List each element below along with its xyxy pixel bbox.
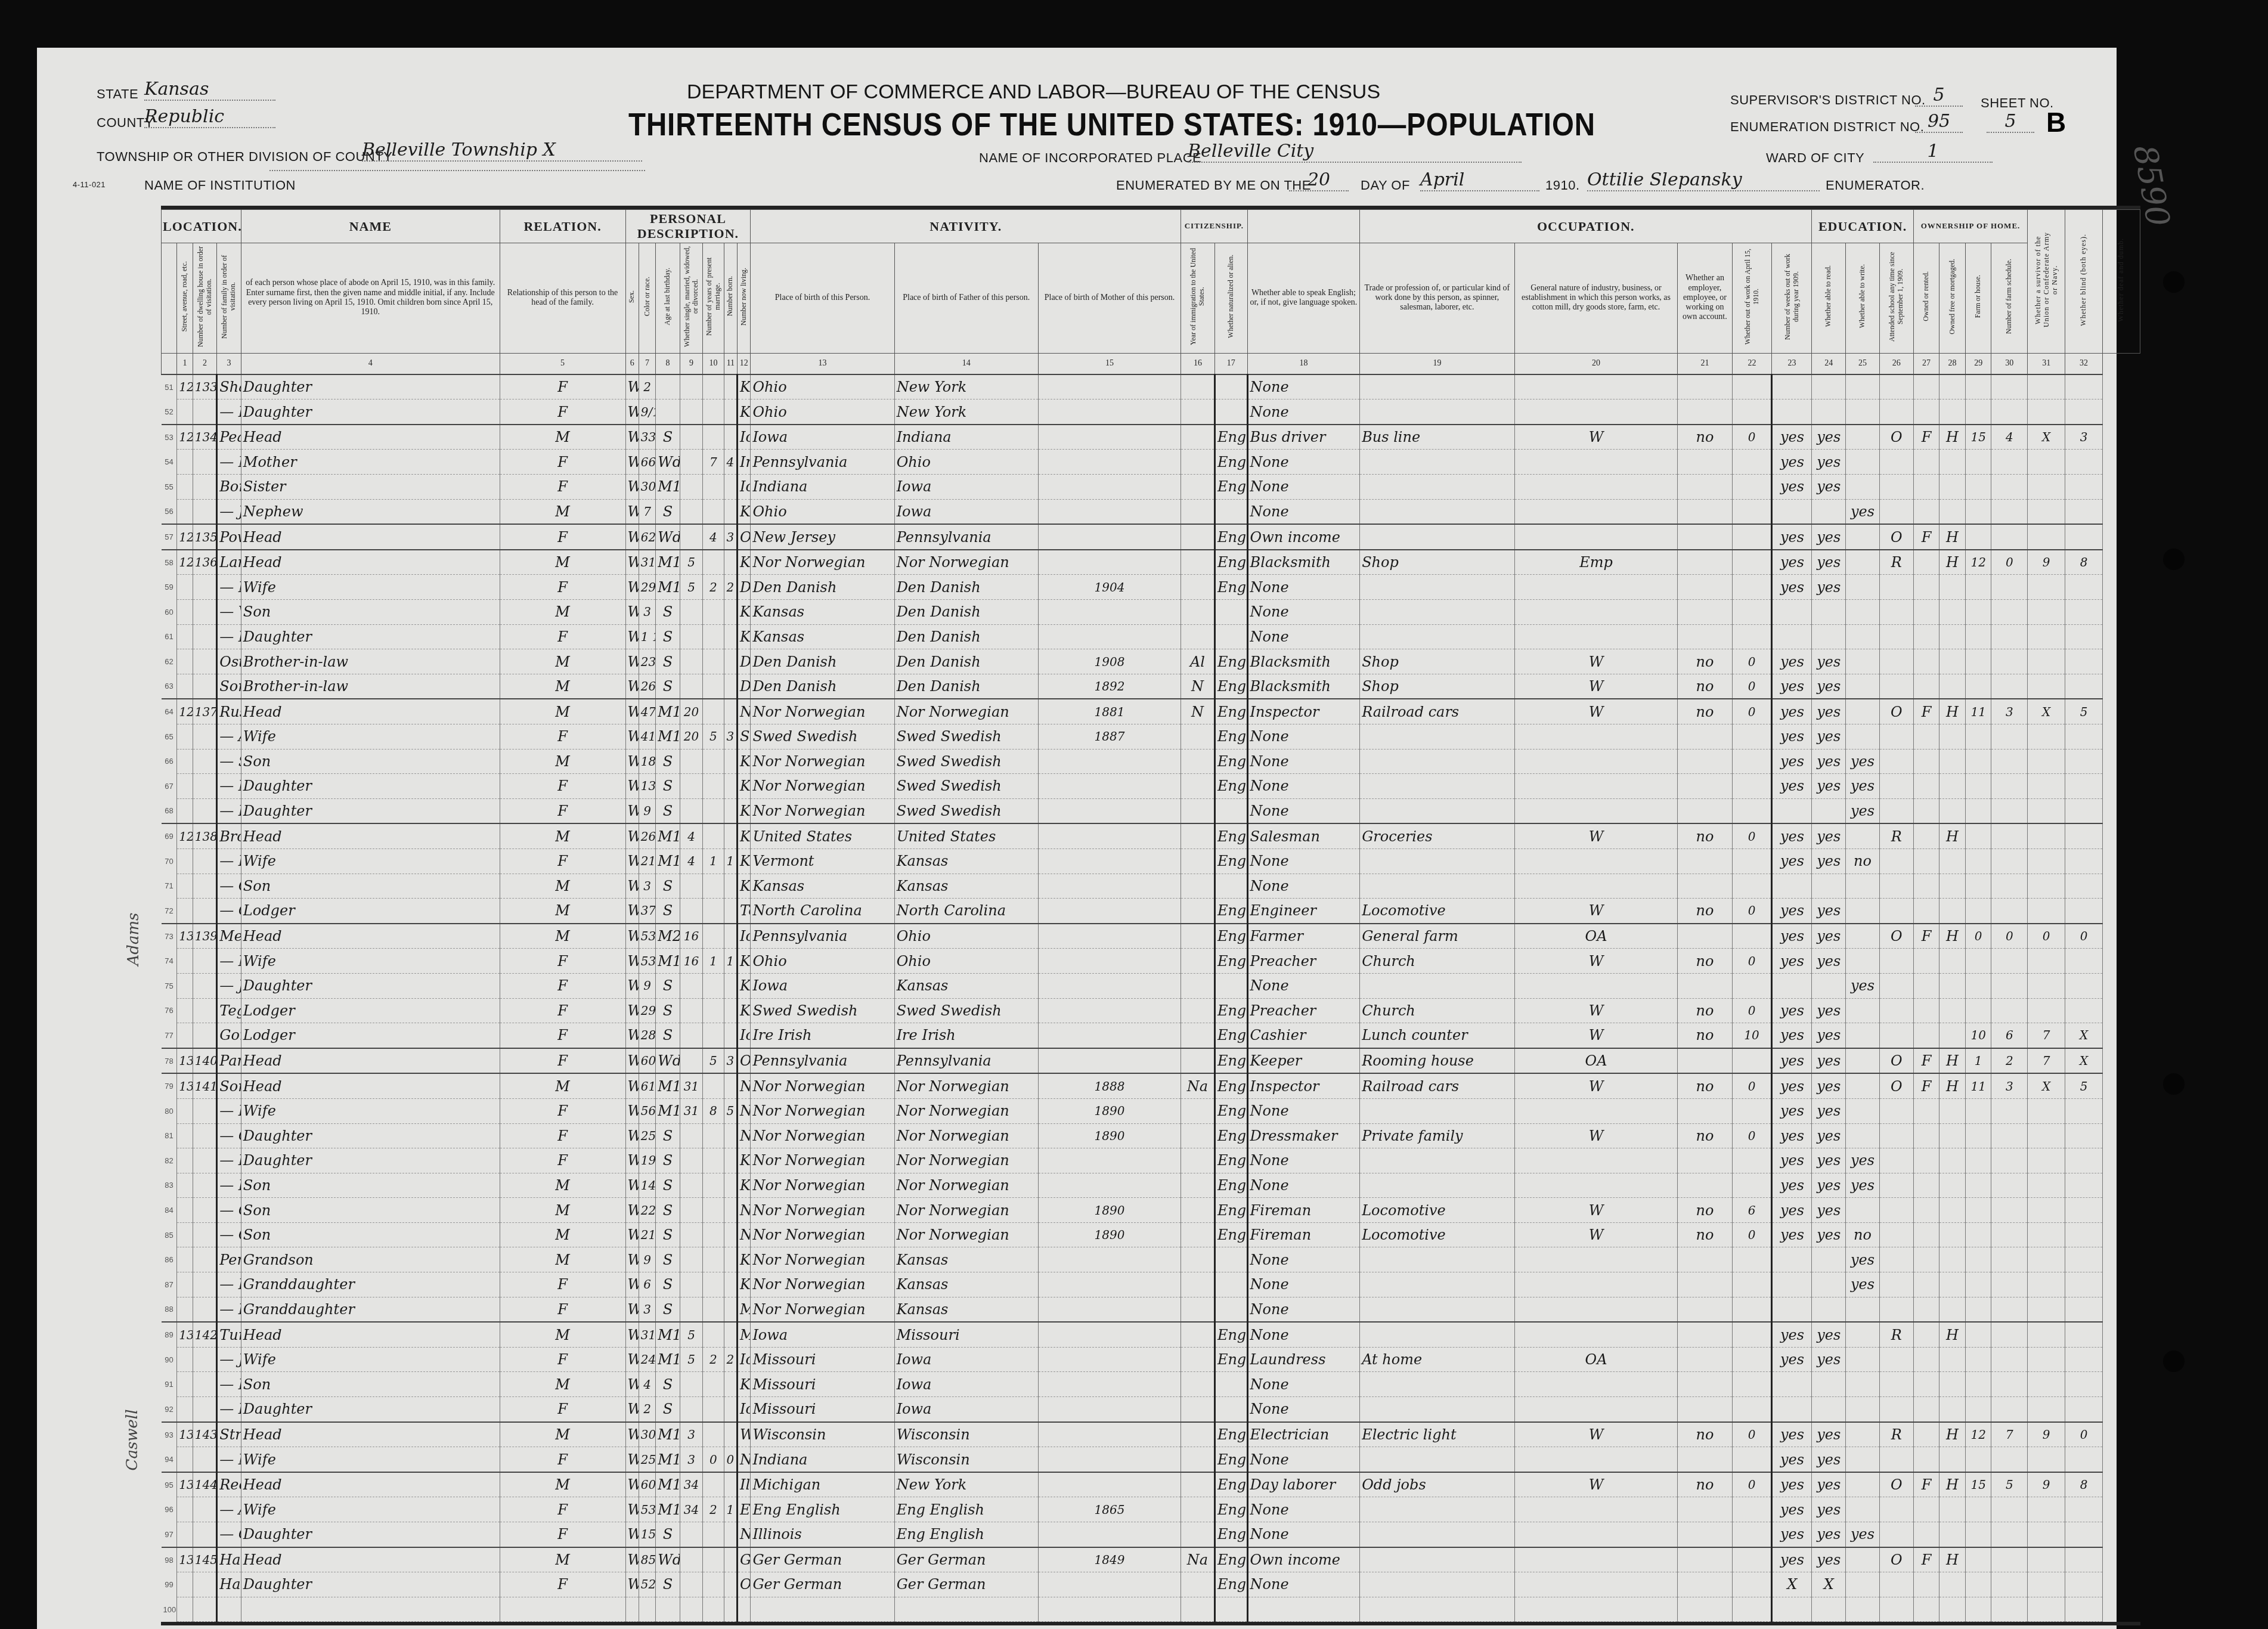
industry xyxy=(1360,1597,1515,1622)
col-year-immigration: Year of immigration to the United States… xyxy=(1181,243,1215,353)
can-write: yes xyxy=(1812,1123,1846,1148)
blind xyxy=(2028,949,2065,974)
dwelling-number xyxy=(177,649,193,674)
col-employer: Whether an employer, employee, or workin… xyxy=(1678,243,1732,353)
civil-war xyxy=(1991,1322,2028,1347)
free-mortgaged xyxy=(1913,749,1939,774)
marital-status: Wd xyxy=(656,524,680,550)
group-name: NAME xyxy=(241,210,500,243)
can-read: yes xyxy=(1772,1447,1812,1472)
civil-war xyxy=(1991,524,2028,550)
language: English xyxy=(1214,524,1247,550)
free-mortgaged: F xyxy=(1913,924,1939,949)
owned-rented: O xyxy=(1879,924,1913,949)
civil-war xyxy=(1991,899,2028,924)
census-grid: LOCATION. NAME RELATION. PERSONAL DESCRI… xyxy=(161,206,2140,1625)
column-number: 32 xyxy=(2065,353,2103,374)
blind: 7 xyxy=(2028,1048,2065,1074)
civil-war: 5 xyxy=(1991,1472,2028,1497)
person-name: — Joseph xyxy=(217,499,241,524)
birthplace-person: Kansas xyxy=(738,1247,751,1272)
can-read: yes xyxy=(1772,475,1812,500)
relation: Son xyxy=(241,1222,500,1247)
owned-rented: O xyxy=(1879,524,1913,550)
birthplace-father: Illinois xyxy=(751,1522,894,1547)
employer-status: W xyxy=(1514,1123,1678,1148)
deaf-dumb: 8 xyxy=(2065,1472,2103,1497)
sex: M xyxy=(500,550,625,575)
table-row: 84— GeorgeSonMW22SNor NorwegianNor Norwe… xyxy=(162,1198,2140,1223)
can-write xyxy=(1812,374,1846,399)
children-living xyxy=(724,600,737,625)
free-mortgaged xyxy=(1913,399,1939,425)
language: English xyxy=(1214,1447,1247,1472)
can-read: yes xyxy=(1772,550,1812,575)
years-married xyxy=(680,624,703,649)
person-name: Parks Mary M xyxy=(217,1048,241,1074)
free-mortgaged xyxy=(1913,774,1939,799)
age: 24 xyxy=(639,1347,655,1372)
children-living xyxy=(724,649,737,674)
language xyxy=(1214,399,1247,425)
dwelling-number xyxy=(177,399,193,425)
naturalization xyxy=(1181,1397,1215,1422)
employer-status: W xyxy=(1514,1073,1678,1098)
weeks-out xyxy=(1732,1547,1772,1572)
can-read: yes xyxy=(1772,749,1812,774)
deaf-dumb xyxy=(2065,649,2103,674)
attended-school xyxy=(1846,425,1880,450)
blind: 7 xyxy=(2028,1023,2065,1048)
binder-hole-4 xyxy=(2163,1351,2185,1372)
blind xyxy=(2028,1098,2065,1123)
line-number: 99 xyxy=(162,1572,177,1597)
years-married: 5 xyxy=(680,550,703,575)
owned-rented xyxy=(1879,1173,1913,1198)
family-number xyxy=(193,600,217,625)
employer-status: W xyxy=(1514,1023,1678,1048)
birthplace-mother: Nor Norwegian xyxy=(894,1073,1038,1098)
marital-status: S xyxy=(656,1222,680,1247)
marital-status: M1 xyxy=(656,550,680,575)
owned-rented xyxy=(1879,749,1913,774)
industry: Shop xyxy=(1360,550,1515,575)
can-write: yes xyxy=(1812,1023,1846,1048)
color-race: W xyxy=(625,1472,639,1497)
blind xyxy=(2028,624,2065,649)
trade: Own income xyxy=(1247,524,1360,550)
can-read: yes xyxy=(1772,1547,1812,1572)
department-heading: DEPARTMENT OF COMMERCE AND LABOR—BUREAU … xyxy=(687,80,1380,104)
birthplace-person: Kansas xyxy=(738,749,751,774)
birthplace-mother: Den Danish xyxy=(894,674,1038,699)
weeks-out: 0 xyxy=(1732,1222,1772,1247)
free-mortgaged xyxy=(1913,1322,1939,1347)
industry xyxy=(1360,1497,1515,1522)
blind xyxy=(2028,374,2065,399)
out-of-work: no xyxy=(1678,674,1732,699)
deaf-dumb xyxy=(2065,1148,2103,1173)
line-number: 63 xyxy=(162,674,177,699)
out-of-work xyxy=(1678,550,1732,575)
person-name: — Mary C xyxy=(217,949,241,974)
owned-rented xyxy=(1879,399,1913,425)
line-number: 94 xyxy=(162,1447,177,1472)
can-read xyxy=(1772,1247,1812,1272)
employer-status: W xyxy=(1514,998,1678,1023)
language: English xyxy=(1214,1222,1247,1247)
col-relation-desc: Relationship of this person to the head … xyxy=(500,243,625,353)
children-living xyxy=(724,1397,737,1422)
attended-school: yes xyxy=(1846,798,1880,823)
family-number xyxy=(193,1297,217,1322)
industry xyxy=(1360,475,1515,500)
civil-war xyxy=(1991,1372,2028,1397)
farm-house xyxy=(1939,1497,1966,1522)
trade: None xyxy=(1247,1572,1360,1597)
weeks-out xyxy=(1732,524,1772,550)
year-immigration: 1890 xyxy=(1038,1123,1181,1148)
birthplace-person: Eng English xyxy=(738,1497,751,1522)
can-read xyxy=(1772,399,1812,425)
industry: Odd jobs xyxy=(1360,1472,1515,1497)
table-row: 52— ElizabethDaughterFW9/12KansasOhioNew… xyxy=(162,399,2140,425)
birthplace-person: Kansas xyxy=(738,499,751,524)
family-number xyxy=(193,1123,217,1148)
children-living xyxy=(724,1372,737,1397)
col-civil-war: Whether a survivor of the Union or Confe… xyxy=(2028,210,2065,354)
person-name: Gordon Anna xyxy=(217,1023,241,1048)
children-living xyxy=(724,1572,737,1597)
employer-status xyxy=(1514,798,1678,823)
employer-status xyxy=(1514,1297,1678,1322)
birthplace-mother: Kansas xyxy=(894,1247,1038,1272)
table-row: 97— Grace LDaughterFW15SNebraskaIllinois… xyxy=(162,1522,2140,1547)
sex: M xyxy=(500,1247,625,1272)
children-living xyxy=(724,425,737,450)
family-number xyxy=(193,624,217,649)
year-immigration: 1908 xyxy=(1038,649,1181,674)
naturalization xyxy=(1181,374,1215,399)
owned-rented xyxy=(1879,874,1913,899)
trade: None xyxy=(1247,874,1360,899)
col-line xyxy=(162,243,177,353)
birthplace-mother: Iowa xyxy=(894,499,1038,524)
dwelling-number xyxy=(177,1272,193,1297)
col-out-of-work: Whether out of work on April 15, 1910. xyxy=(1732,243,1772,353)
farm-house xyxy=(1939,899,1966,924)
line-number: 80 xyxy=(162,1098,177,1123)
children-living xyxy=(724,475,737,500)
sex: F xyxy=(500,848,625,874)
children-born xyxy=(703,1547,724,1572)
employer-status xyxy=(1514,374,1678,399)
birthplace-person: Iowa xyxy=(738,425,751,450)
birthplace-person xyxy=(738,1597,751,1622)
industry xyxy=(1360,1372,1515,1397)
naturalization xyxy=(1181,1472,1215,1497)
deaf-dumb xyxy=(2065,600,2103,625)
employer-status xyxy=(1514,1372,1678,1397)
children-born: 4 xyxy=(703,524,724,550)
children-living xyxy=(724,624,737,649)
free-mortgaged xyxy=(1913,1272,1939,1297)
person-name: — Elsie xyxy=(217,1272,241,1297)
children-born xyxy=(703,1322,724,1347)
year-immigration xyxy=(1038,924,1181,949)
out-of-work xyxy=(1678,1247,1732,1272)
years-married xyxy=(680,1397,703,1422)
year-immigration xyxy=(1038,1447,1181,1472)
birthplace-father: Nor Norwegian xyxy=(751,1222,894,1247)
industry xyxy=(1360,1547,1515,1572)
can-write: yes xyxy=(1812,450,1846,475)
age: 19 xyxy=(639,1148,655,1173)
farm-house xyxy=(1939,798,1966,823)
owned-rented xyxy=(1879,774,1913,799)
out-of-work: no xyxy=(1678,1422,1732,1447)
line-number: 86 xyxy=(162,1247,177,1272)
person-name: — Mable xyxy=(217,1447,241,1472)
color-race: W xyxy=(625,425,639,450)
person-name: Powell Jennie xyxy=(217,524,241,550)
years-married: 34 xyxy=(680,1497,703,1522)
blind xyxy=(2028,649,2065,674)
birthplace-father: Nor Norwegian xyxy=(751,1098,894,1123)
birthplace-father: Nor Norwegian xyxy=(751,749,894,774)
out-of-work xyxy=(1678,499,1732,524)
industry xyxy=(1360,575,1515,600)
person-name: Sorum Charles xyxy=(217,1073,241,1098)
birthplace-mother: Eng English xyxy=(894,1497,1038,1522)
children-living xyxy=(724,1272,737,1297)
birthplace-mother: Swed Swedish xyxy=(894,724,1038,750)
employer-status xyxy=(1514,1522,1678,1547)
person-name: — Ruby O xyxy=(217,1397,241,1422)
year-immigration xyxy=(1038,998,1181,1023)
trade: Own income xyxy=(1247,1547,1360,1572)
children-born xyxy=(703,1272,724,1297)
farm-house xyxy=(1939,848,1966,874)
owned-rented xyxy=(1879,374,1913,399)
language: English xyxy=(1214,1472,1247,1497)
trade: None xyxy=(1247,798,1360,823)
children-born xyxy=(703,899,724,924)
birthplace-mother: Den Danish xyxy=(894,575,1038,600)
blind xyxy=(2028,798,2065,823)
farm-schedule xyxy=(1965,998,1991,1023)
free-mortgaged: F xyxy=(1913,699,1939,724)
out-of-work xyxy=(1678,1347,1732,1372)
color-race: W xyxy=(625,1073,639,1098)
naturalization xyxy=(1181,499,1215,524)
dwelling-number: 124 xyxy=(177,374,193,399)
out-of-work xyxy=(1678,1098,1732,1123)
owned-rented xyxy=(1879,973,1913,998)
farm-schedule xyxy=(1965,798,1991,823)
language: English xyxy=(1214,1198,1247,1223)
census-title: THIRTEENTH CENSUS OF THE UNITED STATES: … xyxy=(628,106,1595,143)
farm-schedule: 12 xyxy=(1965,1422,1991,1447)
dwelling-number: 127 xyxy=(177,550,193,575)
years-married: 16 xyxy=(680,924,703,949)
industry xyxy=(1360,1247,1515,1272)
person-name: — Lola D xyxy=(217,848,241,874)
relation: Wife xyxy=(241,949,500,974)
deaf-dumb xyxy=(2065,1397,2103,1422)
farm-house xyxy=(1939,374,1966,399)
birthplace-person: Kansas xyxy=(738,399,751,425)
owned-rented: R xyxy=(1879,823,1913,848)
industry xyxy=(1360,1297,1515,1322)
out-of-work: no xyxy=(1678,899,1732,924)
attended-school: yes xyxy=(1846,774,1880,799)
family-number xyxy=(193,1222,217,1247)
dwelling-number: 130 xyxy=(177,924,193,949)
farm-schedule xyxy=(1965,524,1991,550)
line-number: 100 xyxy=(162,1597,177,1622)
employer-status xyxy=(1514,399,1678,425)
civil-war xyxy=(1991,724,2028,750)
weeks-out xyxy=(1732,1148,1772,1173)
line-number: 77 xyxy=(162,1023,177,1048)
table-row: 77Gordon AnnaLodgerFW28SIowaIre IrishIre… xyxy=(162,1023,2140,1048)
employer-status xyxy=(1514,774,1678,799)
farm-schedule xyxy=(1965,1397,1991,1422)
birthplace-mother: Ohio xyxy=(894,924,1038,949)
column-number: 12 xyxy=(738,353,751,374)
age: 62 xyxy=(639,524,655,550)
relation: Son xyxy=(241,874,500,899)
children-living xyxy=(724,1222,737,1247)
can-write: yes xyxy=(1812,1472,1846,1497)
year-immigration xyxy=(1038,949,1181,974)
out-of-work xyxy=(1678,1447,1732,1472)
state-label: State xyxy=(97,86,138,102)
free-mortgaged xyxy=(1913,1447,1939,1472)
marital-status: M1 xyxy=(656,823,680,848)
color-race: W xyxy=(625,924,639,949)
blind xyxy=(2028,1322,2065,1347)
language xyxy=(1214,973,1247,998)
deaf-dumb xyxy=(2065,1297,2103,1322)
free-mortgaged: F xyxy=(1913,1547,1939,1572)
deaf-dumb xyxy=(2065,450,2103,475)
birthplace-person: Iowa xyxy=(738,924,751,949)
industry: General farm xyxy=(1360,924,1515,949)
sex: M xyxy=(500,899,625,924)
weeks-out xyxy=(1732,1098,1772,1123)
line-number: 55 xyxy=(162,475,177,500)
age: 29 xyxy=(639,998,655,1023)
marital-status xyxy=(656,399,680,425)
birthplace-father: Ohio xyxy=(751,374,894,399)
can-read xyxy=(1772,1297,1812,1322)
can-write: yes xyxy=(1812,924,1846,949)
dwelling-number xyxy=(177,1173,193,1198)
civil-war xyxy=(1991,674,2028,699)
owned-rented: O xyxy=(1879,1547,1913,1572)
family-number: 142 xyxy=(193,1322,217,1347)
birthplace-father: Nor Norwegian xyxy=(751,1247,894,1272)
column-number: 29 xyxy=(1965,353,1991,374)
employer-status: W xyxy=(1514,699,1678,724)
attended-school xyxy=(1846,1123,1880,1148)
can-read xyxy=(1772,499,1812,524)
age: 9 xyxy=(639,1247,655,1272)
industry xyxy=(1360,973,1515,998)
dwelling-number xyxy=(177,1098,193,1123)
person-name: — Anna S xyxy=(217,724,241,750)
col-children-living: Number now living. xyxy=(738,243,751,353)
dwelling-number xyxy=(177,899,193,924)
column-number: 24 xyxy=(1812,353,1846,374)
attended-school xyxy=(1846,1597,1880,1622)
marital-status: S xyxy=(656,600,680,625)
attended-school xyxy=(1846,1372,1880,1397)
deaf-dumb: 3 xyxy=(2065,425,2103,450)
birthplace-father: Swed Swedish xyxy=(751,998,894,1023)
ward-value: 1 xyxy=(1873,141,1993,163)
birthplace-mother: Ire Irish xyxy=(894,1023,1038,1048)
language: English xyxy=(1214,450,1247,475)
years-married xyxy=(680,1247,703,1272)
birthplace-person: Tennessee xyxy=(738,899,751,924)
industry: Church xyxy=(1360,949,1515,974)
out-of-work xyxy=(1678,1547,1732,1572)
civil-war xyxy=(1991,1173,2028,1198)
dwelling-number: 134 xyxy=(177,1422,193,1447)
column-number: 19 xyxy=(1360,353,1515,374)
language: English xyxy=(1214,1123,1247,1148)
relation: Daughter xyxy=(241,774,500,799)
table-row: 51124133Shaver LillianDaughterFW2KansasO… xyxy=(162,374,2140,399)
owned-rented xyxy=(1879,998,1913,1023)
free-mortgaged xyxy=(1913,998,1939,1023)
naturalization xyxy=(1181,823,1215,848)
line-number: 73 xyxy=(162,924,177,949)
trade: None xyxy=(1247,399,1360,425)
sex: M xyxy=(500,1222,625,1247)
year-immigration xyxy=(1038,1472,1181,1497)
language xyxy=(1214,1372,1247,1397)
civil-war: 2 xyxy=(1991,1048,2028,1074)
naturalization: Na xyxy=(1181,1073,1215,1098)
binder-hole-1 xyxy=(2163,271,2185,293)
can-read: yes xyxy=(1772,1472,1812,1497)
relation: Wife xyxy=(241,1098,500,1123)
birthplace-mother: Swed Swedish xyxy=(894,749,1038,774)
naturalization xyxy=(1181,774,1215,799)
relation: Mother xyxy=(241,450,500,475)
dwelling-number: 129 xyxy=(177,823,193,848)
birthplace-father: Kansas xyxy=(751,874,894,899)
trade: None xyxy=(1247,1497,1360,1522)
employer-status xyxy=(1514,499,1678,524)
birthplace-mother: Ger German xyxy=(894,1547,1038,1572)
table-row: 62Ostrekove AndrewBrother-in-lawMW23SDen… xyxy=(162,649,2140,674)
farm-house xyxy=(1939,1247,1966,1272)
birthplace-person: Iowa xyxy=(738,1397,751,1422)
owned-rented xyxy=(1879,1023,1913,1048)
can-write: yes xyxy=(1812,823,1846,848)
blind xyxy=(2028,450,2065,475)
weeks-out: 0 xyxy=(1732,699,1772,724)
relation: Head xyxy=(241,425,500,450)
age: 18 xyxy=(639,749,655,774)
naturalization xyxy=(1181,524,1215,550)
birthplace-mother: Ger German xyxy=(894,1572,1038,1597)
